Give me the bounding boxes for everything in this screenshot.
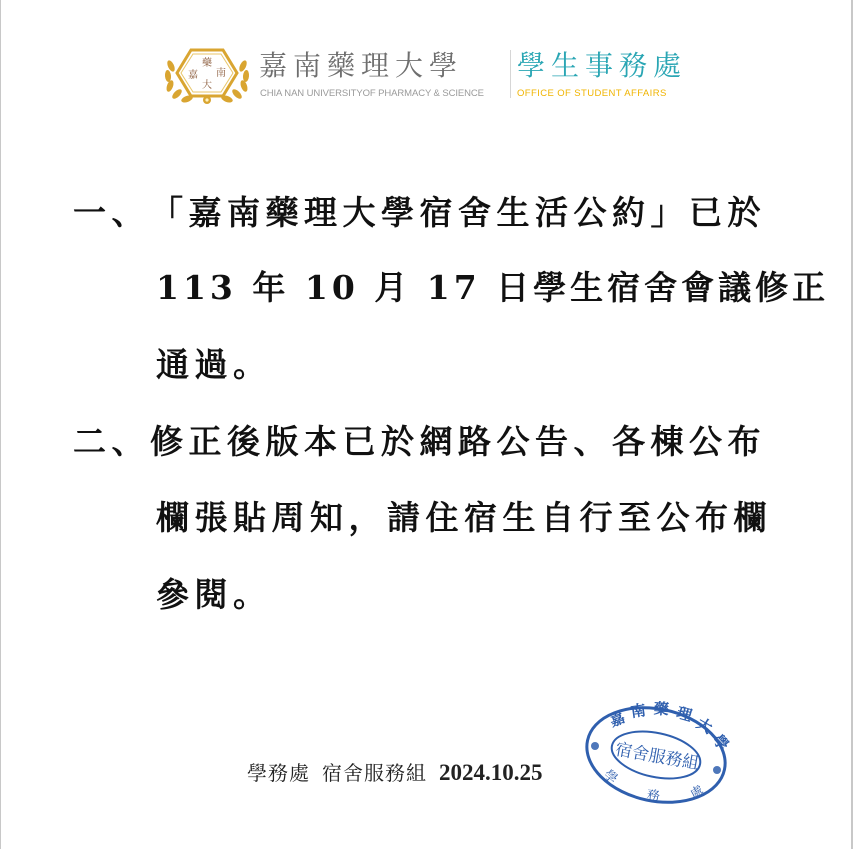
notice-item-1-text: 「嘉南藥理大學宿舍生活公約」已於	[150, 193, 766, 232]
footer-signature: 學務處宿舍服務組2024.10.25	[247, 760, 543, 786]
official-seal-stamp-icon: 嘉 南 藥 理 大 學 宿舍服務組 學 務 處	[581, 700, 731, 810]
svg-text:藥: 藥	[202, 56, 212, 69]
header-logo: 藥 嘉 南 大 嘉南藥理大學 CHIA NAN UNIVERSITYOF PHA…	[161, 44, 701, 108]
notice-item-1-line-2: 113 年 10 月 17 日學生宿舍會議修正	[156, 268, 829, 308]
svg-text:南: 南	[630, 701, 647, 721]
notice-item-2-line-3: 參閱。	[156, 575, 272, 615]
office-name-en: OFFICE OF STUDENT AFFAIRS	[517, 88, 667, 99]
university-name-zh: 嘉南藥理大學	[259, 50, 463, 82]
notice-item-1-marker: 一、	[73, 193, 150, 233]
svg-text:南: 南	[216, 66, 226, 79]
notice-item-2-line-1: 二、修正後版本已於網路公告、各棟公布	[73, 422, 766, 462]
svg-text:大: 大	[202, 78, 212, 91]
signature-date: 2024.10.25	[439, 760, 543, 785]
svg-text:嘉: 嘉	[607, 708, 627, 730]
notice-item-2-text: 修正後版本已於網路公告、各棟公布	[150, 422, 766, 461]
svg-text:務: 務	[646, 788, 660, 804]
office-name-zh: 學生事務處	[517, 50, 687, 82]
svg-text:嘉: 嘉	[188, 68, 198, 81]
university-name-en: CHIA NAN UNIVERSITYOF PHARMACY & SCIENCE	[260, 88, 484, 99]
notice-item-2-line-2: 欄張貼周知，請住宿生自行至公布欄	[156, 498, 772, 538]
signature-office: 學務處	[247, 761, 310, 785]
notice-item-1-line-1: 一、「嘉南藥理大學宿舍生活公約」已於	[73, 193, 766, 233]
svg-text:藥: 藥	[653, 700, 669, 719]
university-emblem-icon: 藥 嘉 南 大	[161, 46, 253, 106]
svg-text:理: 理	[675, 703, 695, 725]
announcement-page: 藥 嘉 南 大 嘉南藥理大學 CHIA NAN UNIVERSITYOF PHA…	[0, 0, 853, 849]
signature-unit: 宿舍服務組	[322, 761, 427, 785]
svg-text:學: 學	[600, 767, 620, 787]
header-divider	[510, 50, 511, 98]
notice-item-1-line-3: 通過。	[156, 345, 272, 385]
notice-item-2-marker: 二、	[73, 422, 150, 462]
